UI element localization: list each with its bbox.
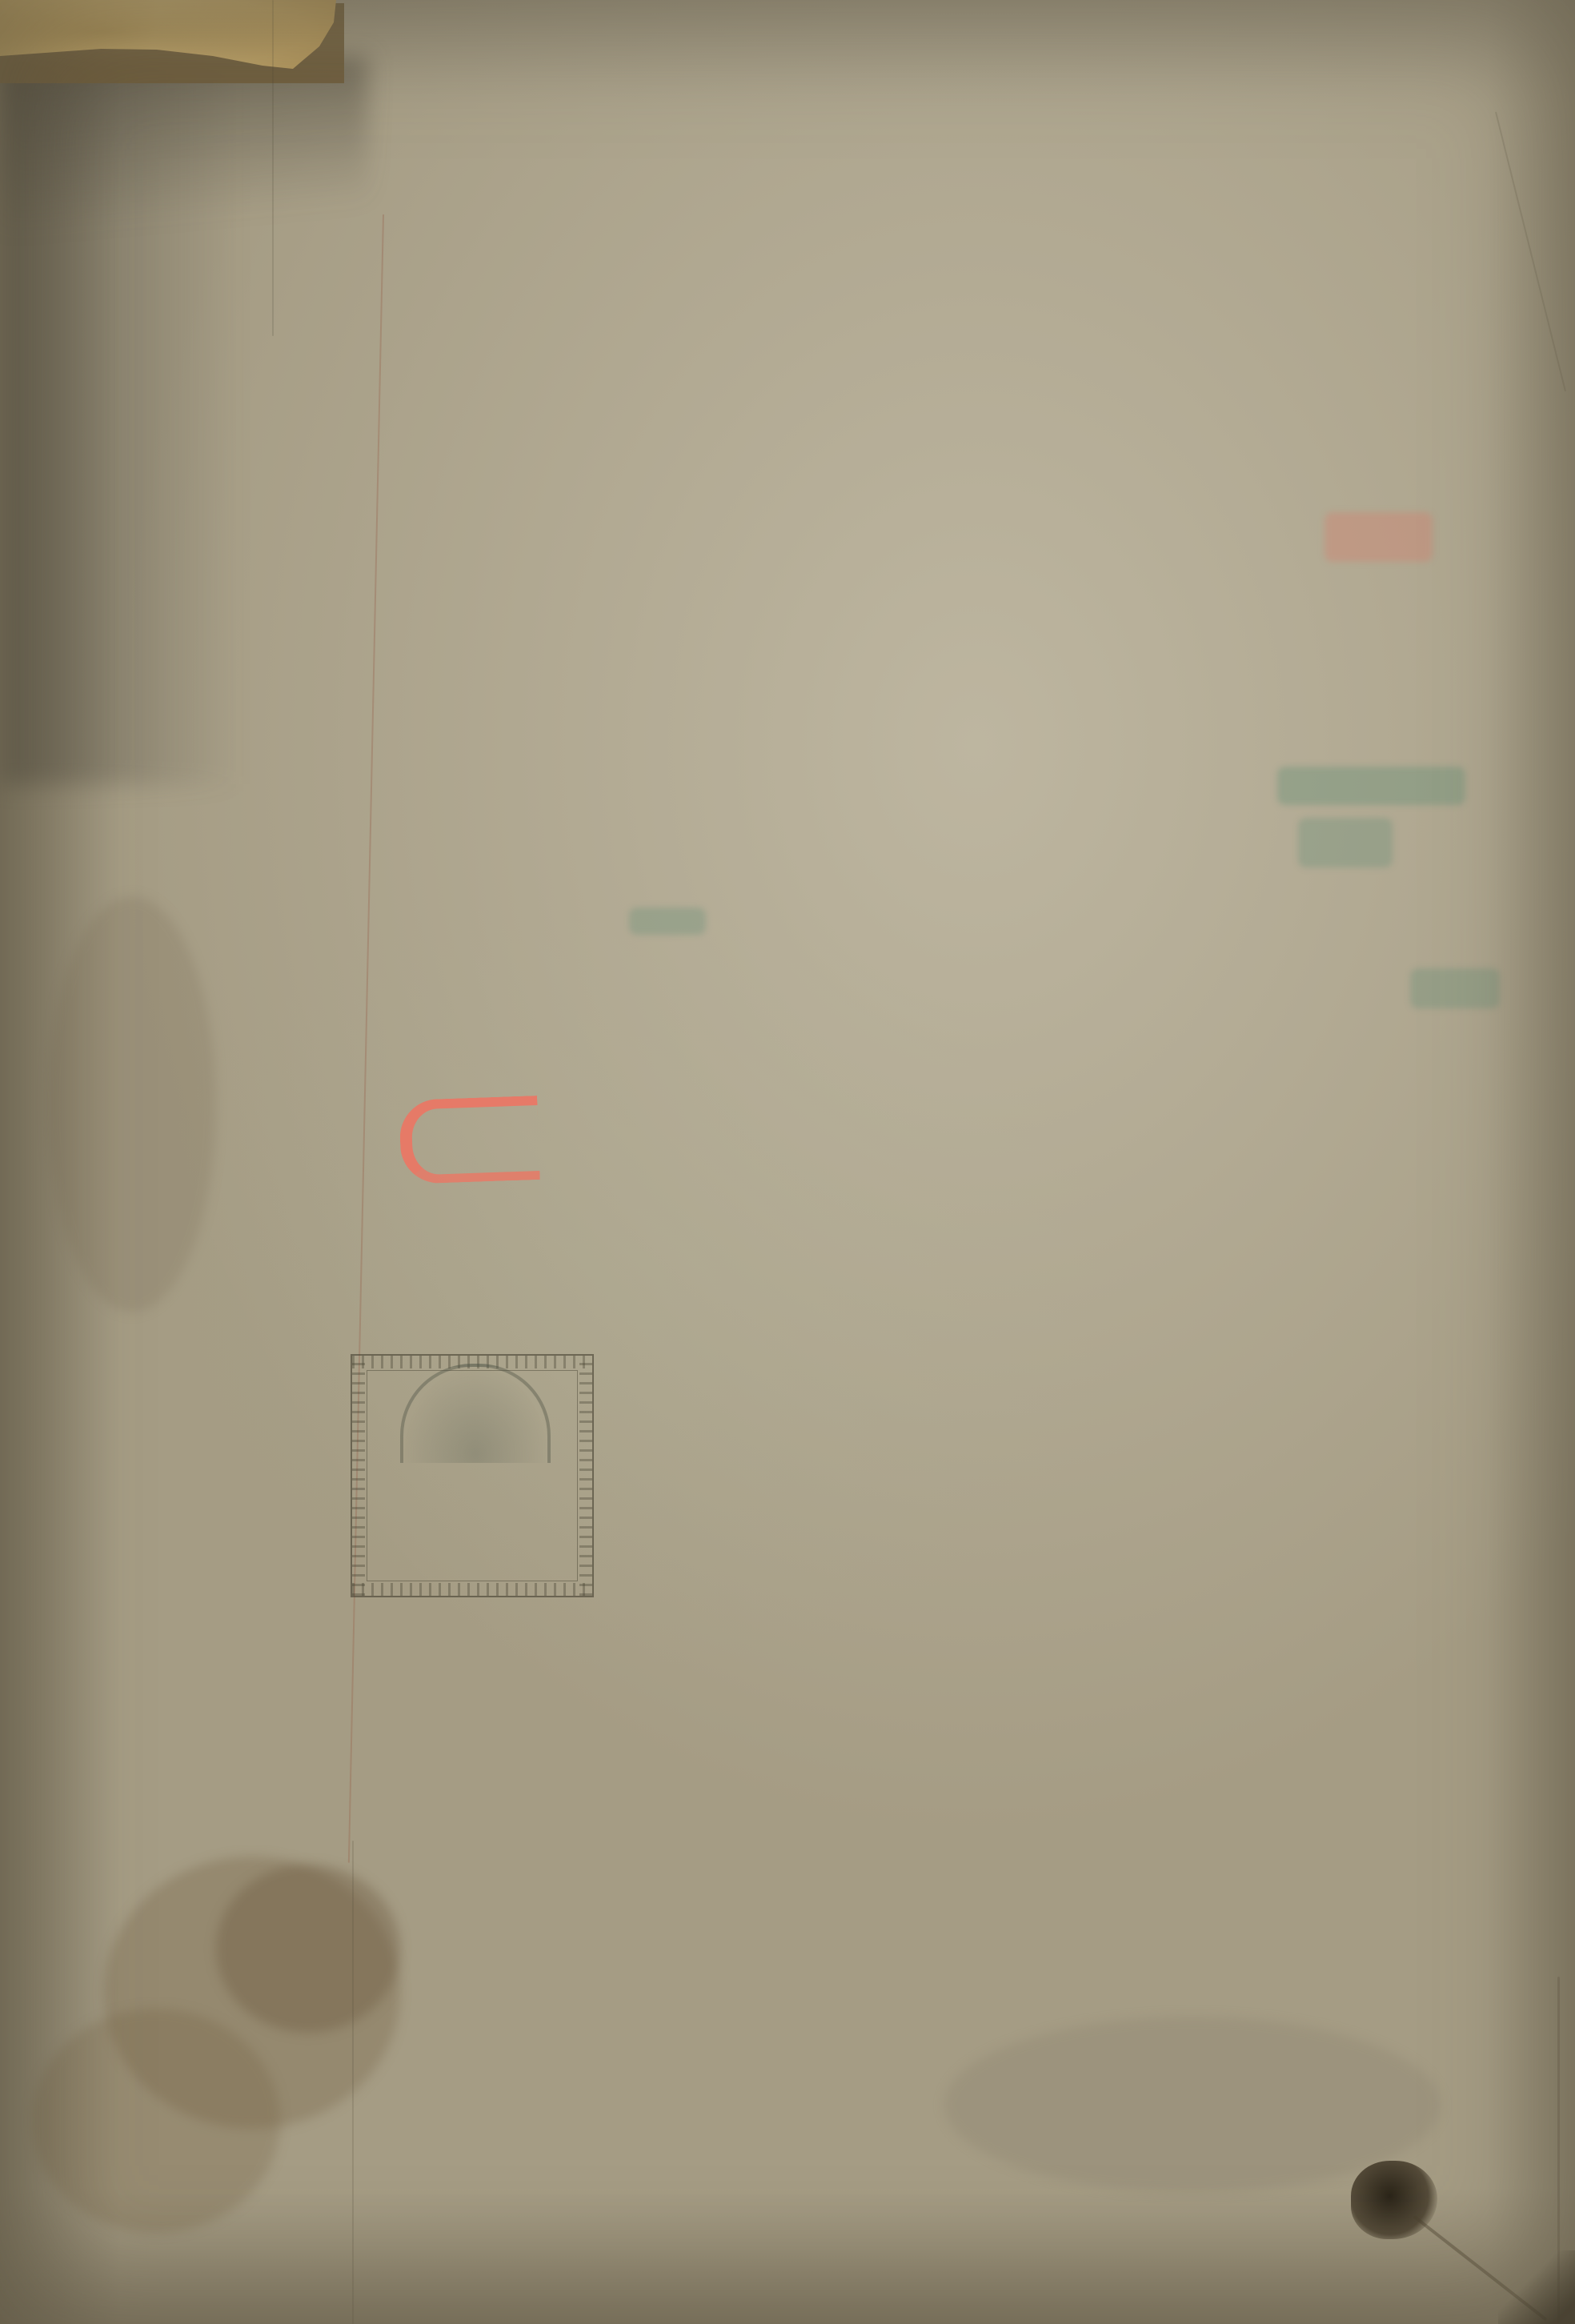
stain: [32, 2009, 280, 2233]
stain: [944, 2017, 1441, 2193]
show-through-mark: [1298, 818, 1393, 867]
crease-line: [1495, 112, 1566, 392]
manuscript-page: [0, 0, 1575, 2324]
rubric-paragraph-mark: [399, 1096, 540, 1184]
show-through-mark: [1325, 512, 1433, 562]
margin-rule-vertical: [348, 214, 384, 1863]
initial-frame: [351, 1354, 594, 1597]
under-patch-shadow: [0, 56, 368, 264]
crease-line: [352, 1841, 354, 2324]
show-through-mark: [629, 908, 706, 935]
crease-line: [272, 0, 274, 336]
ink-blot: [1351, 2161, 1437, 2239]
stain: [216, 1865, 400, 2033]
show-through-mark: [1277, 767, 1465, 805]
show-through-mark: [1410, 968, 1500, 1008]
stain: [48, 896, 216, 1312]
corner-stain: [1498, 2250, 1575, 2324]
